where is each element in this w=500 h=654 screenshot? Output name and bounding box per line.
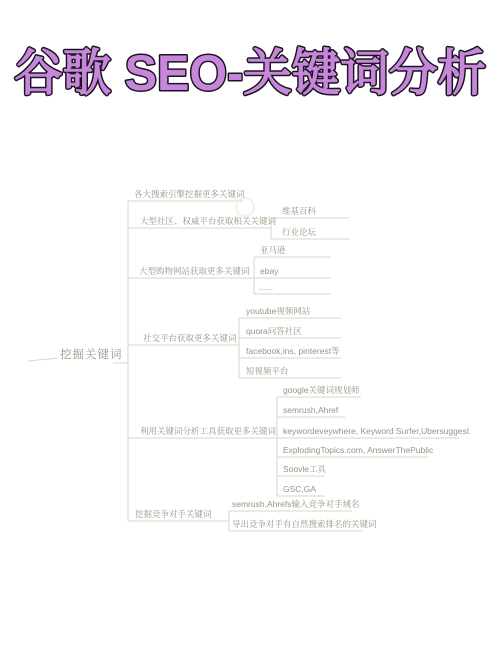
- node-leaf-competitor-domain: semrush,Ahrefs输入竞争对手域名: [232, 499, 360, 509]
- node-leaf-soovle: Soovle工具: [283, 464, 326, 474]
- node-leaf-facebook-ins-pinterest: facebook,ins, pinterest等: [246, 346, 340, 356]
- node-branch-competitors: 挖掘竞争对手关键词: [135, 509, 212, 519]
- node-leaf-amazon: 亚马逊: [260, 245, 286, 255]
- node-branch-communities: 大型社区、权威平台获取相关关键词: [140, 216, 276, 226]
- node-leaf-ebay: ebay: [260, 266, 278, 276]
- node-leaf-explodingtopics: ExplodingTopics.com, AnswerThePublic: [283, 445, 433, 455]
- node-leaf-keywordeverywhere: keywordeveywhere, Keyword Surfer,Ubersug…: [283, 426, 469, 436]
- node-leaf-export-organic-keywords: 导出竞争对手有自然搜索排名的关键词: [232, 519, 377, 529]
- node-leaf-wikipedia: 维基百科: [282, 206, 316, 216]
- watermark-circle-icon: [235, 197, 255, 217]
- mindmap: 挖掘关键词 各大搜索引擎挖掘更多关键词 大型社区、权威平台获取相关关键词 维基百…: [0, 0, 500, 654]
- node-branch-shopping-sites: 大型购物网站获取更多关键词: [139, 266, 250, 276]
- node-leaf-gsc-ga: GSC,GA: [283, 484, 316, 494]
- node-leaf-quora: quora问答社区: [246, 326, 302, 336]
- node-leaf-industry-forums: 行业论坛: [282, 227, 316, 237]
- node-branch-search-engines: 各大搜索引擎挖掘更多关键词: [134, 189, 245, 199]
- page: 谷歌 SEO-关键词分析: [0, 0, 500, 654]
- node-leaf-ellipsis: ......: [259, 282, 273, 292]
- node-leaf-short-video: 短视频平台: [246, 366, 289, 376]
- node-branch-keyword-tools: 利用关键词分析工具获取更多关键词: [140, 426, 276, 436]
- node-leaf-youtube: youtube视频网站: [246, 306, 310, 316]
- node-branch-social-platforms: 社交平台获取更多关键词: [143, 333, 237, 343]
- node-leaf-semrush-ahref: semrush,Ahref: [283, 405, 338, 415]
- node-root: 挖掘关键词: [60, 349, 123, 362]
- node-leaf-google-keyword-planner: google关键词规划师: [283, 385, 360, 395]
